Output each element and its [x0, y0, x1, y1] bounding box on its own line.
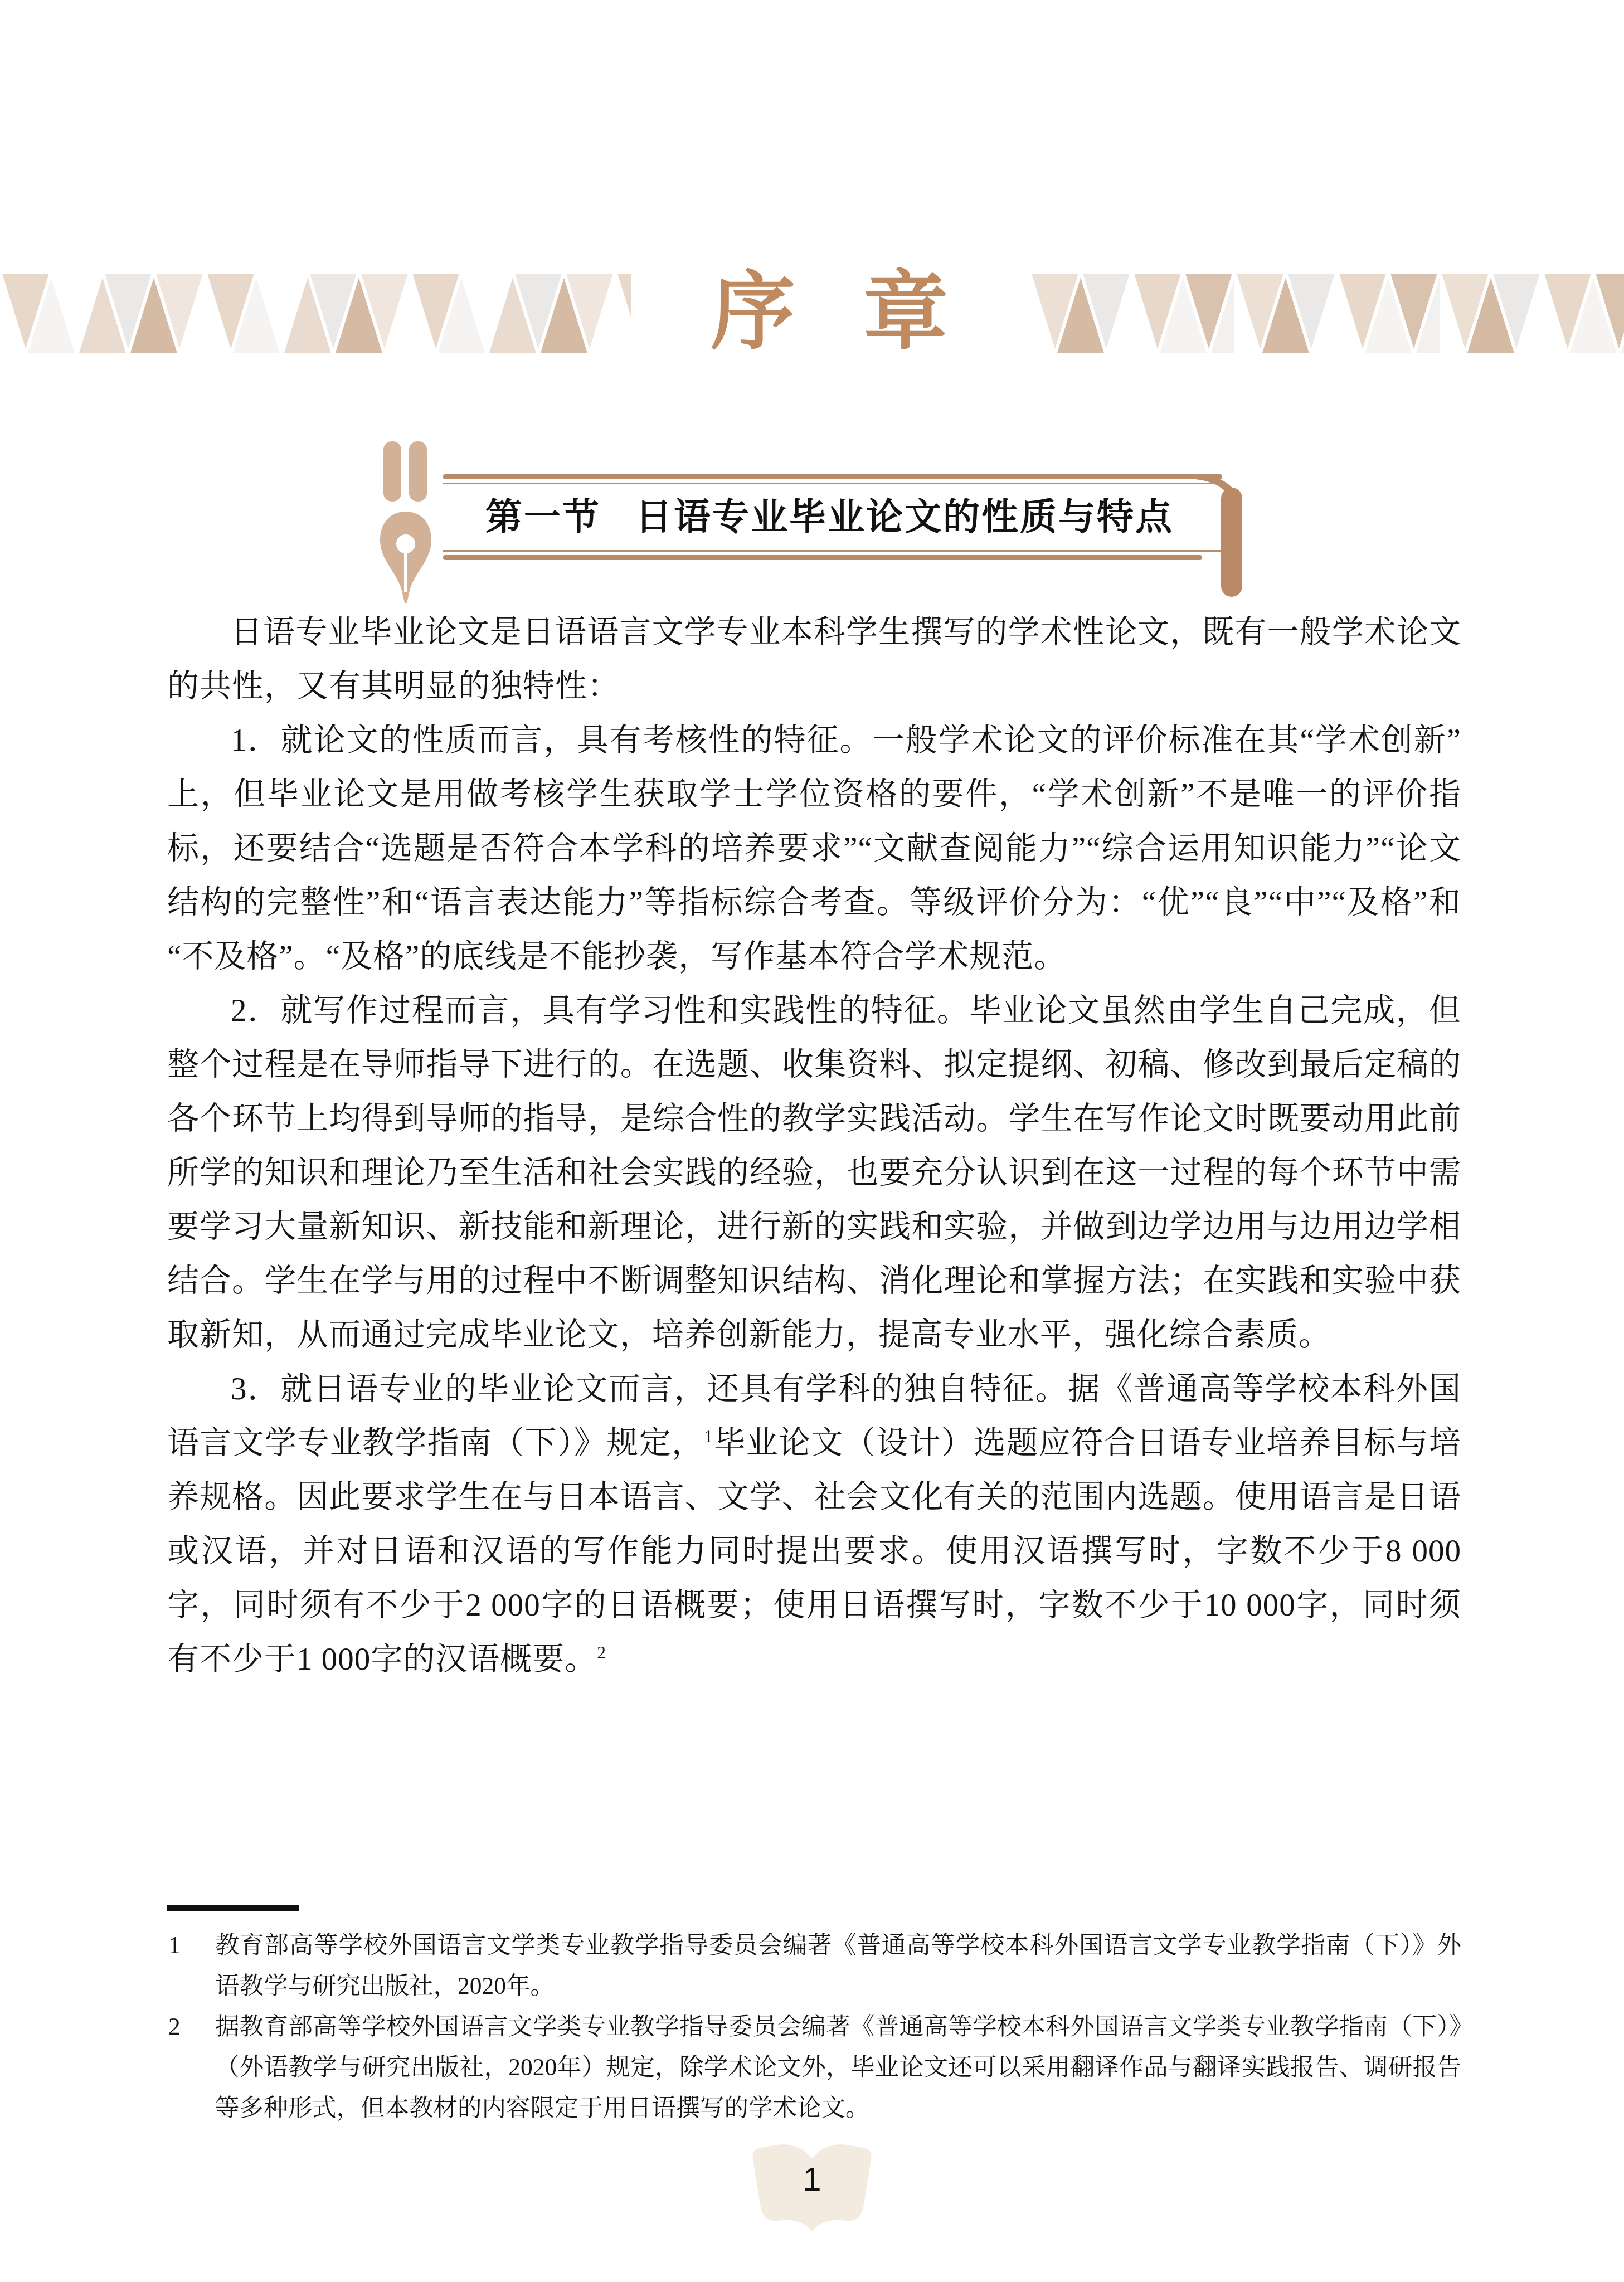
footnotes-section: 1教育部高等学校外国语言文学类专业教学指导委员会编著《普通高等学校本科外国语言文… — [167, 1905, 1461, 2129]
footnote-text: 据教育部高等学校外国语言文学类专业教学指导委员会编著《普通高等学校本科外国语言文… — [215, 2013, 1461, 2122]
page-footer: 1 — [742, 2143, 882, 2236]
footnote-divider — [167, 1905, 299, 1911]
footnote-item: 2据教育部高等学校外国语言文学类专业教学指导委员会编著《普通高等学校本科外国语言… — [167, 2007, 1461, 2129]
textbook-page: 序 章 — [0, 0, 1624, 2282]
paragraph: 1．就论文的性质而言，具有考核性的特征。一般学术论文的评价标准在其“学术创新”上… — [167, 713, 1461, 984]
pen-nib-icon — [380, 441, 431, 604]
section-marker: 第一节 — [485, 496, 601, 537]
footnote-list: 1教育部高等学校外国语言文学类专业教学指导委员会编著《普通高等学校本科外国语言文… — [167, 1925, 1461, 2129]
triangle-band-right-decoration — [1029, 272, 1624, 354]
section-title: 第一节日语专业毕业论文的性质与特点 — [485, 493, 1204, 540]
footnote-number: 2 — [168, 2007, 181, 2047]
section-title-text: 日语专业毕业论文的性质与特点 — [635, 496, 1174, 537]
section-title-frame: 第一节日语专业毕业论文的性质与特点 — [443, 471, 1246, 605]
footnote-text: 教育部高等学校外国语言文学类专业教学指导委员会编著《普通高等学校本科外国语言文学… — [215, 1932, 1461, 1999]
page-number: 1 — [803, 2158, 821, 2201]
body-text: 日语专业毕业论文是日语语言文学专业本科学生撰写的学术性论文，既有一般学术论文的共… — [167, 605, 1461, 1686]
footnote-reference: 2 — [597, 1643, 606, 1662]
paragraph: 日语专业毕业论文是日语语言文学专业本科学生撰写的学术性论文，既有一般学术论文的共… — [167, 605, 1461, 713]
paragraph: 2．就写作过程而言，具有学习性和实践性的特征。毕业论文虽然由学生自己完成，但整个… — [167, 984, 1461, 1362]
footnote-reference: 1 — [704, 1427, 713, 1446]
paragraph: 3．就日语专业的毕业论文而言，还具有学科的独自特征。据《普通高等学校本科外国语言… — [167, 1362, 1461, 1686]
footnote-number: 1 — [168, 1925, 181, 1966]
footnote-item: 1教育部高等学校外国语言文学类专业教学指导委员会编著《普通高等学校本科外国语言文… — [167, 1925, 1461, 2007]
chapter-header: 序 章 — [0, 272, 1624, 354]
